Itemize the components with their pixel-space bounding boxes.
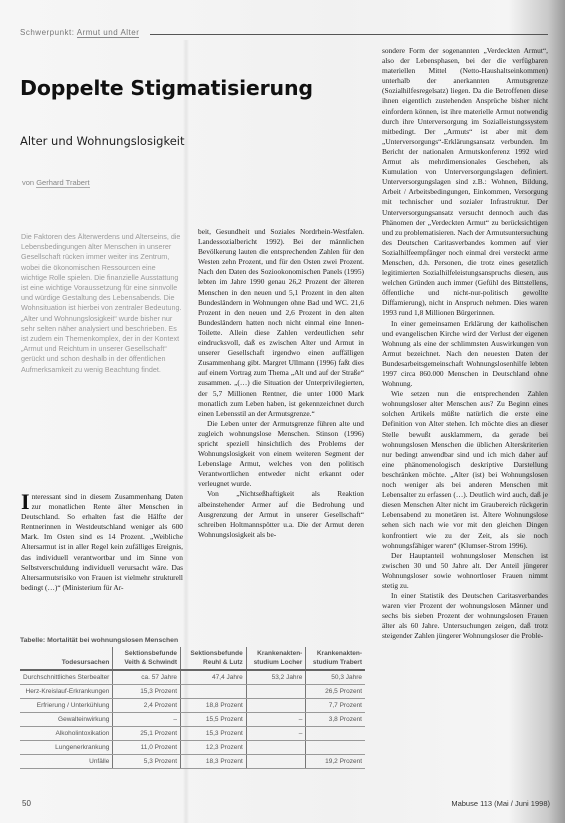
table-cell [246, 755, 306, 769]
table-cell: 19,2 Prozent [306, 755, 365, 769]
intro-paragraph: Die Faktoren des Älterwerdens und Alters… [21, 232, 183, 314]
column-1-body: Interessant sind in diesem Zusammenhang … [21, 492, 183, 593]
author-byline: von Gerhard Trabert [22, 178, 90, 187]
issue-info: Mabuse 113 (Mai / Juni 1998) [430, 799, 550, 808]
row-label: Lungenerkrankung [20, 741, 113, 755]
body-paragraph: sondere Form der sogenannten „Verdeckten… [382, 46, 548, 319]
table-cell: 7,7 Prozent [306, 699, 365, 713]
table-cell: 15,3 Prozent [113, 685, 181, 699]
table-cell: – [113, 713, 181, 727]
article-intro: Die Faktoren des Älterwerdens und Alters… [21, 232, 183, 375]
section-rubric: Schwerpunkt: Armut und Alter [20, 28, 139, 40]
table-cell: 2,4 Prozent [113, 699, 181, 713]
table-cell [246, 741, 306, 755]
table-cell: 18,3 Prozent [181, 755, 247, 769]
table-cell [246, 685, 306, 699]
body-paragraph: In einer gemeinsamen Erklärung der katho… [382, 319, 548, 390]
body-paragraph: Der Hauptanteil wohnungsloser Menschen i… [382, 551, 548, 591]
column-header: Sektionsbefunde Veith & Schwindt [113, 647, 181, 670]
magazine-page: Schwerpunkt: Armut und Alter Doppelte St… [0, 0, 565, 823]
table-cell: 26,5 Prozent [306, 685, 365, 699]
table-cell: 3,8 Prozent [306, 713, 365, 727]
drop-cap: I [21, 493, 30, 511]
row-label: Herz-Kreislauf-Erkrankungen [20, 685, 113, 699]
table-row: Lungenerkrankung 11,0 Prozent 12,3 Proze… [20, 741, 365, 755]
body-paragraph: Wie setzen nun die entsprechenden Zahlen… [382, 389, 548, 551]
intro-paragraph: „Alter und Wohnungslosigkeit“ wurde bish… [21, 314, 183, 375]
table-cell: ca. 57 Jahre [113, 670, 181, 685]
table-cell: – [246, 727, 306, 741]
table-row: Durchschnittliches Sterbealter ca. 57 Ja… [20, 670, 365, 685]
author-name: Gerhard Trabert [36, 178, 89, 188]
table-cell: 5,3 Prozent [113, 755, 181, 769]
table-cell: 11,0 Prozent [113, 741, 181, 755]
table-cell [306, 727, 365, 741]
column-header: Krankenakten-studium Trabert [306, 647, 365, 670]
row-label: Unfälle [20, 755, 113, 769]
table-caption: Tabelle: Mortalität bei wohnungslosen Me… [20, 637, 365, 644]
table-row: Erfrierung / Unterkühlung 2,4 Prozent 18… [20, 699, 365, 713]
column-2: beit, Gesundheit und Soziales Nordrhein-… [198, 227, 364, 540]
table-cell: 15,5 Prozent [181, 713, 247, 727]
table-row: Herz-Kreislauf-Erkrankungen 15,3 Prozent… [20, 685, 365, 699]
table-cell: 18,8 Prozent [181, 699, 247, 713]
body-paragraph: Von „Nichtseßhaftigkeit als Reaktion alb… [198, 489, 364, 539]
body-paragraph: In einer Statistik des Deutschen Caritas… [382, 591, 548, 641]
table-cell: 53,2 Jahre [246, 670, 306, 685]
table-cell: 15,3 Prozent [181, 727, 247, 741]
table-header-row: Todesursachen Sektionsbefunde Veith & Sc… [20, 647, 365, 670]
table-row: Gewalteinwirkung – 15,5 Prozent – 3,8 Pr… [20, 713, 365, 727]
table-cell: 25,1 Prozent [113, 727, 181, 741]
table-cell [306, 741, 365, 755]
row-label: Alkoholintoxikation [20, 727, 113, 741]
mortality-table-block: Tabelle: Mortalität bei wohnungslosen Me… [20, 637, 365, 769]
author-prefix: von [22, 178, 36, 187]
table-cell: – [246, 713, 306, 727]
header-rule [150, 34, 548, 35]
column-3: sondere Form der sogenannten „Verdeckten… [382, 46, 548, 642]
table-cell [181, 685, 247, 699]
rubric-topic: Armut und Alter [77, 28, 140, 38]
page-number: 50 [22, 799, 31, 808]
column-header: Todesursachen [20, 647, 113, 670]
column-header: Sektionsbefunde Reuhl & Lutz [181, 647, 247, 670]
row-label: Gewalteinwirkung [20, 713, 113, 727]
table-cell: 12,3 Prozent [181, 741, 247, 755]
row-label: Erfrierung / Unterkühlung [20, 699, 113, 713]
article-title: Doppelte Stigmatisierung [20, 76, 313, 100]
table-cell: 50,3 Jahre [306, 670, 365, 685]
body-paragraph: Interessant sind in diesem Zusammenhang … [21, 492, 183, 593]
rubric-label: Schwerpunkt: [20, 28, 74, 37]
body-paragraph: beit, Gesundheit und Soziales Nordrhein-… [198, 227, 364, 419]
column-header: Krankenakten-studium Locher [246, 647, 306, 670]
row-label: Durchschnittliches Sterbealter [20, 670, 113, 685]
table-row: Unfälle 5,3 Prozent 18,3 Prozent 19,2 Pr… [20, 755, 365, 769]
mortality-table: Todesursachen Sektionsbefunde Veith & Sc… [20, 647, 365, 769]
table-row: Alkoholintoxikation 25,1 Prozent 15,3 Pr… [20, 727, 365, 741]
body-paragraph: Die Leben unter der Armutsgrenze führen … [198, 419, 364, 490]
table-cell: 47,4 Jahre [181, 670, 247, 685]
table-cell [246, 699, 306, 713]
article-subtitle: Alter und Wohnungslosigkeit [20, 134, 185, 148]
